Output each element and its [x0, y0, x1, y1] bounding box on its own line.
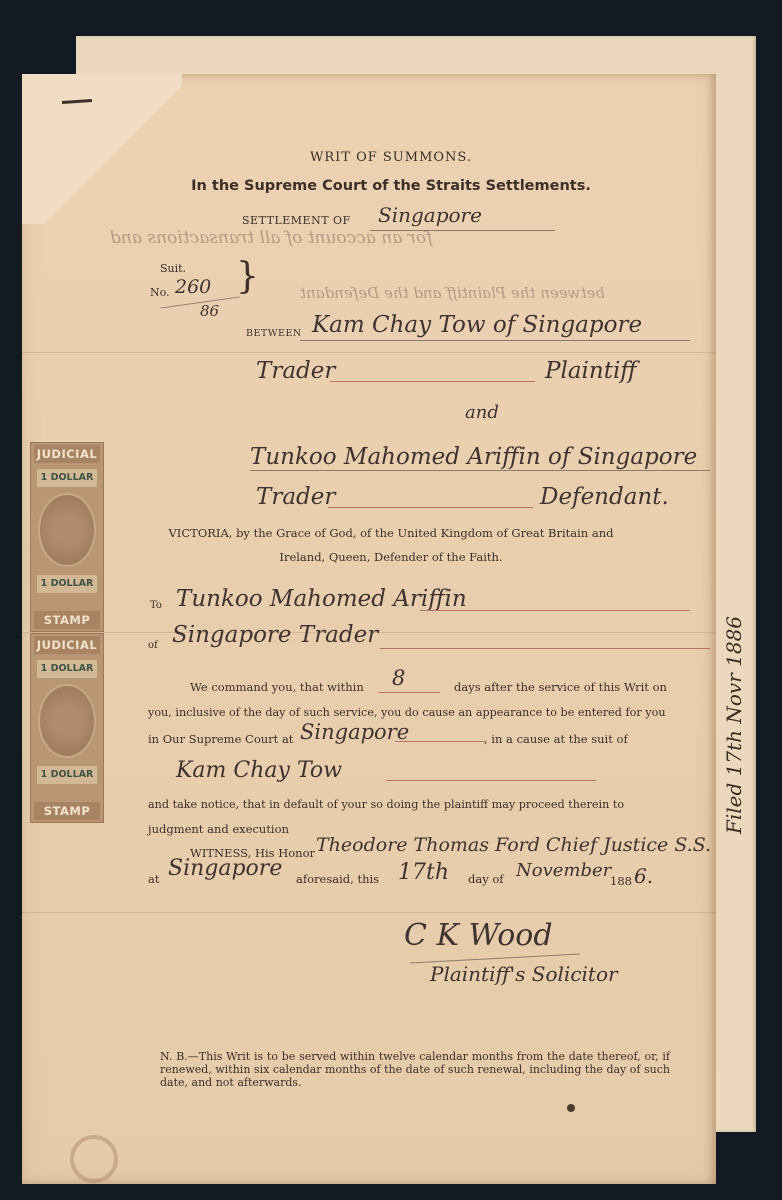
rule	[328, 507, 533, 508]
rule	[380, 648, 710, 649]
command-text: days after the service of this Writ on	[454, 680, 667, 694]
plaintiff-occupation: Trader	[256, 358, 335, 384]
command-text: you, inclusive of the day of such servic…	[148, 706, 666, 719]
rule	[378, 692, 440, 693]
settlement-label: SETTLEMENT OF	[242, 214, 351, 227]
plaintiff-name: Kam Chay Tow of Singapore	[312, 312, 642, 338]
rule	[250, 470, 710, 471]
filed-endorsement-text: Filed 17th Novr 1886	[722, 616, 746, 834]
days-value: 8	[392, 666, 405, 690]
stamp-value: 1 DOLLAR	[37, 575, 97, 593]
witness-month: November	[516, 860, 611, 881]
conjunction: and	[465, 402, 499, 423]
ink-spot	[567, 1104, 575, 1112]
judicial-stamp: JUDICIAL 1 DOLLAR 1 DOLLAR STAMP	[30, 633, 104, 823]
stamp-value: 1 DOLLAR	[37, 660, 97, 678]
suit-year: 86	[200, 302, 219, 320]
command-text: , in a cause at the suit of	[484, 732, 628, 746]
witness-name: Theodore Thomas Ford Chief Justice S.S.	[316, 834, 711, 856]
nota-bene: N. B.—This Writ is to be served within t…	[160, 1050, 670, 1089]
to-value: Tunkoo Mahomed Ariffin	[176, 586, 467, 612]
queen-portrait-icon	[38, 684, 96, 758]
witness-day: 17th	[398, 860, 449, 885]
command-text: and take notice, that in default of your…	[148, 798, 624, 811]
suit-no-label: No.	[150, 286, 170, 299]
fold-crease	[22, 352, 716, 353]
command-text: judgment and execution	[148, 822, 289, 836]
stamp-footer: STAMP	[34, 802, 100, 820]
court-place: Singapore	[300, 720, 409, 744]
stain-ring	[70, 1135, 118, 1183]
command-text: We command you, that within	[190, 680, 364, 694]
fold-crease	[22, 912, 716, 913]
rule	[330, 381, 535, 382]
rule	[300, 340, 690, 341]
plaintiff-role: Plaintiff	[545, 358, 637, 384]
signature-caption: Plaintiff's Solicitor	[430, 962, 618, 986]
settlement-value: Singapore	[378, 203, 482, 227]
year-prefix: 188	[610, 874, 632, 888]
at-label: at	[148, 872, 159, 886]
rule	[395, 741, 485, 742]
command-text: in Our Supreme Court at	[148, 732, 293, 746]
stamp-value: 1 DOLLAR	[37, 469, 97, 487]
of-label: of	[148, 640, 158, 651]
court-heading: In the Supreme Court of the Straits Sett…	[0, 178, 782, 194]
stamp-header: JUDICIAL	[34, 636, 100, 654]
witness-place: Singapore	[168, 856, 282, 881]
filed-endorsement: Filed 17th Novr 1886	[714, 600, 754, 850]
day-of-text: day of	[468, 872, 504, 886]
solicitor-signature: C K Wood	[404, 918, 553, 953]
defendant-role: Defendant.	[540, 484, 669, 510]
suit-number: 260	[175, 276, 211, 298]
document-title: WRIT OF SUMMONS.	[0, 150, 782, 165]
rule	[386, 780, 596, 781]
to-label: To	[150, 600, 162, 611]
defendant-occupation: Trader	[256, 484, 335, 510]
stamp-value: 1 DOLLAR	[37, 766, 97, 784]
of-value: Singapore Trader	[172, 622, 378, 648]
faded-bleed-through: between the Plaintiff and the Defendant	[300, 284, 605, 302]
victoria-line-1: VICTORIA, by the Grace of God, of the Un…	[0, 526, 782, 540]
suit-label: Suit.	[160, 262, 186, 275]
between-label: BETWEEN	[246, 328, 302, 339]
suit-brace: }	[236, 256, 259, 297]
defendant-name: Tunkoo Mahomed Ariffin of Singapore	[250, 444, 697, 470]
victoria-line-2: Ireland, Queen, Defender of the Faith.	[0, 550, 782, 564]
year-suffix: 6.	[634, 864, 653, 888]
aforesaid-text: aforesaid, this	[296, 872, 379, 886]
stamp-footer: STAMP	[34, 611, 100, 629]
faded-bleed-through: for an account of all transactions and	[110, 228, 432, 248]
rule	[420, 610, 690, 611]
stamp-header: JUDICIAL	[34, 445, 100, 463]
suitor-name: Kam Chay Tow	[176, 758, 342, 783]
